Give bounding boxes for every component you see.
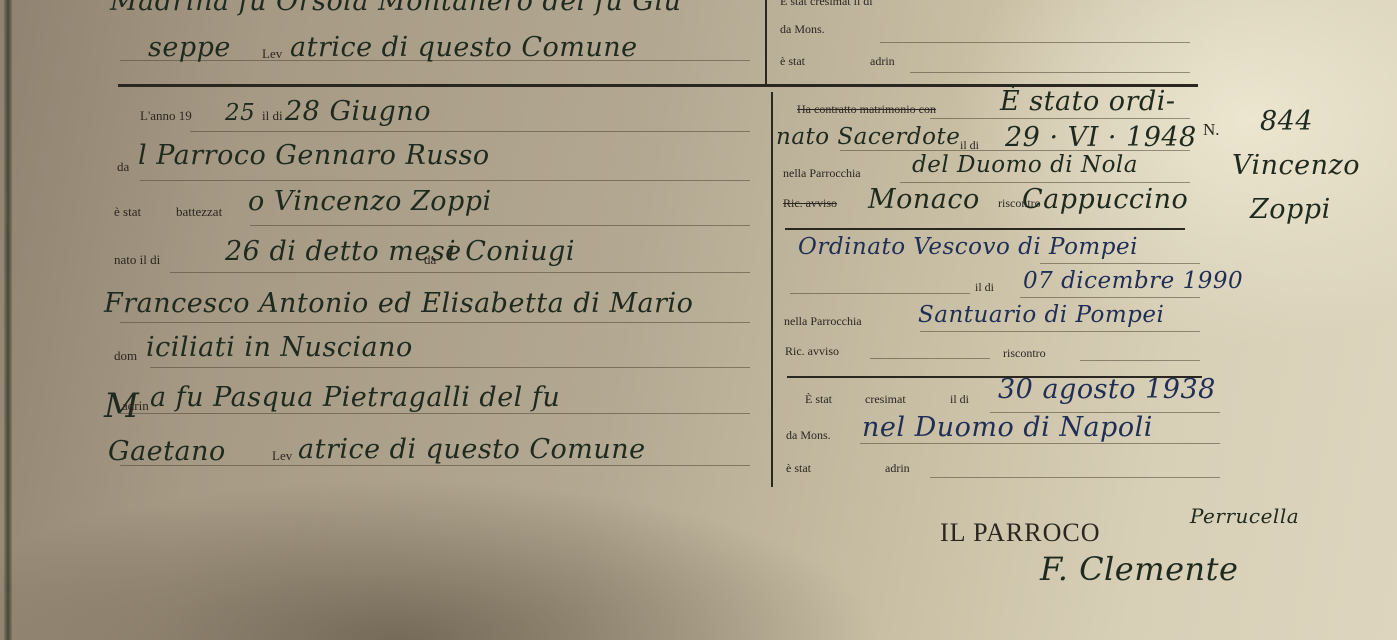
ruled-line	[880, 42, 1190, 43]
ruled-line	[930, 477, 1220, 478]
ruled-line	[120, 413, 750, 414]
ruled-line	[150, 367, 750, 368]
confirmation-place: nel Duomo di Napoli	[862, 412, 1153, 443]
year-value: 25	[225, 100, 255, 126]
notice2-label: Ric. avviso	[785, 344, 839, 359]
ruled-line	[1020, 297, 1200, 298]
top-godparent-label2: adrin	[870, 54, 895, 69]
ordination-note: È stato ordi-	[1000, 86, 1176, 117]
ordinated-date-label: il di	[975, 280, 994, 295]
born-label: nato il di	[114, 252, 160, 268]
ruled-line	[900, 182, 1190, 183]
parents-names: Francesco Antonio ed Elisabetta di Mario	[104, 288, 693, 319]
check-value: Cappuccino	[1022, 184, 1188, 215]
day-label: il di	[262, 108, 283, 124]
ruled-line	[920, 331, 1200, 332]
godmother-value: a fu Pasqua Pietragalli del fu	[150, 382, 560, 413]
ruled-line	[860, 443, 1220, 444]
parish2-label: nella Parrocchia	[784, 314, 862, 329]
column-divider	[765, 0, 767, 85]
ordination-line2: nato Sacerdote	[776, 124, 960, 150]
parroco-name: Perrucella	[1190, 504, 1299, 528]
column-divider	[771, 92, 773, 487]
midwife-value: atrice di questo Comune	[298, 434, 646, 465]
ruled-line	[120, 322, 750, 323]
top-godmother-line: Madrina fu Orsola Montanero del fu Giu	[110, 0, 681, 17]
ruled-line	[190, 131, 750, 132]
parroco-signature: F. Clemente	[1040, 550, 1238, 588]
confirmation-label2: cresimat	[865, 392, 906, 407]
ruled-line	[930, 118, 1190, 119]
baptized-label: è stat	[114, 204, 141, 220]
confirmation-godparent-label2: adrin	[885, 461, 910, 476]
parents-label: da	[424, 252, 436, 268]
godmother-father-name: Gaetano	[108, 436, 226, 467]
ordination-date: 29 · VI · 1948	[1005, 122, 1197, 153]
ruled-line	[140, 180, 750, 181]
parish2-value: Santuario di Pompei	[918, 302, 1164, 328]
parish-label: nella Parrocchia	[783, 166, 861, 181]
domicile-value: iciliati in Nusciano	[146, 332, 413, 363]
register-number: 844	[1260, 106, 1313, 137]
check2-label: riscontro	[1003, 346, 1046, 361]
ruled-line	[1080, 360, 1200, 361]
midwife-printed-lev: Lev	[272, 448, 292, 464]
section-separator	[785, 228, 1185, 230]
notice-label: Ric. avviso	[783, 196, 837, 211]
marriage-label: Ha contratto matrimonio con	[797, 102, 936, 117]
ruled-line	[250, 225, 750, 226]
ruled-line	[870, 358, 990, 359]
register-number-label: N.	[1203, 120, 1220, 140]
ordinated-bishop: Ordinato Vescovo di Pompei	[798, 234, 1138, 260]
confirmation-mons-label: da Mons.	[786, 428, 831, 443]
by-label: da	[117, 159, 129, 175]
parroco-title: IL PARROCO	[940, 518, 1101, 548]
book-binding-edge	[4, 0, 12, 640]
godmother-label: adrin	[122, 398, 149, 414]
margin-first-name: Vincenzo	[1232, 150, 1360, 181]
top-hand-midwife: atrice di questo Comune	[290, 32, 638, 63]
top-hand-seppe: seppe	[148, 32, 231, 63]
margin-surname: Zoppi	[1250, 194, 1331, 225]
ruled-line	[790, 293, 970, 294]
confirmation-date: 30 agosto 1938	[998, 374, 1216, 405]
top-printed-lev: Lev	[262, 46, 282, 62]
by-value: l Parroco Gennaro Russo	[138, 140, 490, 171]
parish-value: del Duomo di Nola	[912, 152, 1138, 178]
top-godparent-label: è stat	[780, 54, 805, 69]
ordinated-date: 07 dicembre 1990	[1023, 268, 1243, 294]
year-label: L'anno 19	[140, 108, 192, 124]
confirmation-date-label: il di	[950, 392, 969, 407]
top-confirmed-label: È stat cresimat il di	[780, 0, 873, 9]
notice-value: Monaco	[868, 184, 980, 215]
confirmation-godparent-label: è stat	[786, 461, 811, 476]
baptized-label2: battezzat	[176, 204, 222, 220]
day-value: 28 Giugno	[285, 96, 431, 127]
top-mons-label: da Mons.	[780, 22, 825, 37]
parents-value: i Coniugi	[447, 236, 575, 267]
baptized-name: o Vincenzo Zoppi	[248, 186, 492, 217]
confirmation-label: È stat	[805, 392, 832, 407]
domicile-label: dom	[114, 348, 137, 364]
ruled-line	[170, 272, 750, 273]
ruled-line	[1040, 263, 1200, 264]
ordination-date-label: il di	[960, 138, 979, 153]
ruled-line	[910, 72, 1190, 73]
